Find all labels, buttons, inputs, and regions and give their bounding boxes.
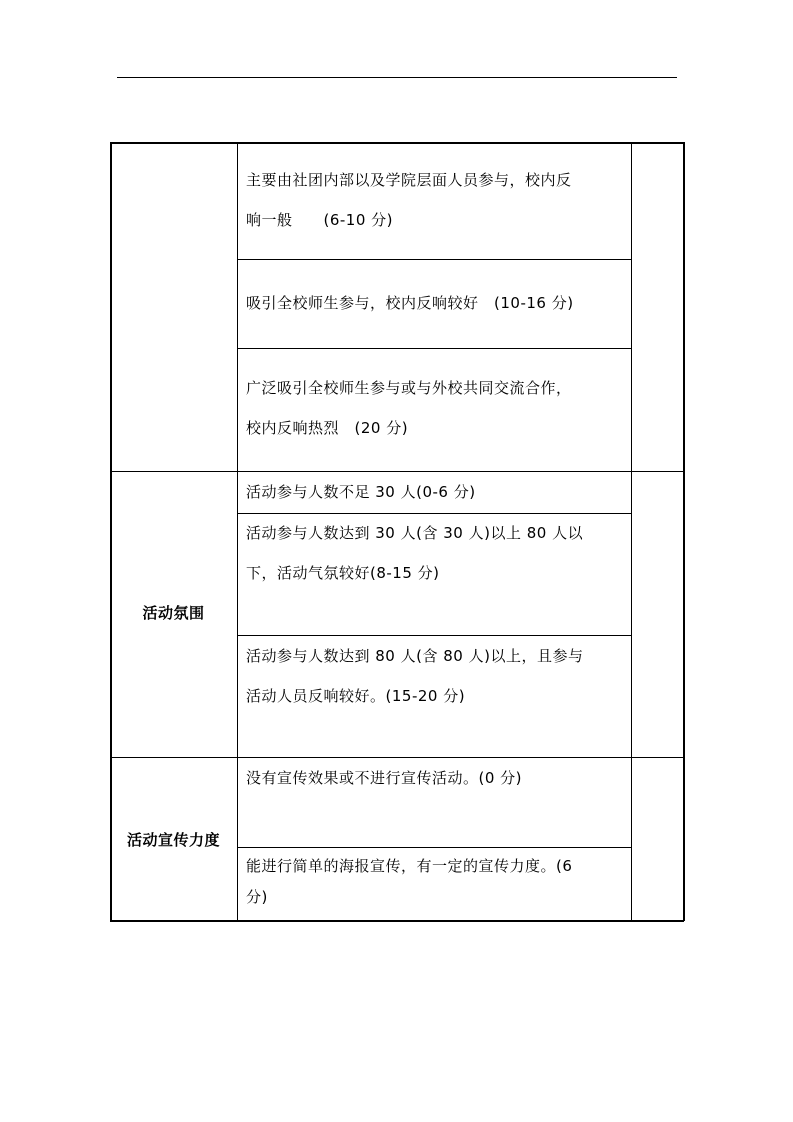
criteria-cell: 活动参与人数达到 80 人(含 80 人)以上，且参与 活动人员反响较好。(15… — [238, 636, 631, 716]
criteria-line: 活动人员反响较好。(15-20 分) — [246, 676, 623, 716]
criteria-line: 吸引全校师生参与，校内反响较好 (10-16 分) — [246, 283, 623, 323]
category-cell-empty — [110, 142, 237, 471]
score-cell[interactable] — [632, 758, 683, 920]
criteria-cell: 主要由社团内部以及学院层面人员参与，校内反 响一般 (6-10 分) — [238, 160, 631, 240]
scoring-table: 主要由社团内部以及学院层面人员参与，校内反 响一般 (6-10 分) 吸引全校师… — [110, 142, 684, 921]
category-label-promotion: 活动宣传力度 — [110, 828, 237, 852]
criteria-line: 活动参与人数达到 30 人(含 30 人)以上 80 人以 — [246, 513, 623, 553]
criteria-cell: 活动参与人数达到 30 人(含 30 人)以上 80 人以 下，活动气氛较好(8… — [238, 513, 631, 593]
criteria-line: 没有宣传效果或不进行宣传活动。(0 分) — [246, 758, 623, 798]
row-divider — [237, 348, 631, 349]
score-cell[interactable] — [632, 472, 683, 757]
criteria-line: 广泛吸引全校师生参与或与外校共同交流合作， — [246, 368, 623, 408]
criteria-cell: 没有宣传效果或不进行宣传活动。(0 分) — [238, 758, 631, 798]
criteria-line: 校内反响热烈 (20 分) — [246, 408, 623, 448]
score-cell[interactable] — [632, 142, 683, 471]
page-header-rule — [117, 77, 677, 78]
criteria-line: 活动参与人数不足 30 人(0-6 分) — [246, 472, 623, 512]
criteria-line: 主要由社团内部以及学院层面人员参与，校内反 — [246, 160, 623, 200]
criteria-cell: 广泛吸引全校师生参与或与外校共同交流合作， 校内反响热烈 (20 分) — [238, 368, 631, 448]
row-divider — [237, 259, 631, 260]
table-border-right — [683, 142, 685, 921]
criteria-cell: 活动参与人数不足 30 人(0-6 分) — [238, 472, 631, 512]
table-border-bottom — [110, 920, 684, 922]
criteria-line: 活动参与人数达到 80 人(含 80 人)以上，且参与 — [246, 636, 623, 676]
category-label-atmosphere: 活动氛围 — [110, 601, 237, 625]
criteria-cell: 吸引全校师生参与，校内反响较好 (10-16 分) — [238, 283, 631, 323]
criteria-line: 响一般 (6-10 分) — [246, 200, 623, 240]
criteria-cell: 能进行简单的海报宣传，有一定的宣传力度。(6 分) — [238, 848, 631, 916]
criteria-line: 下，活动气氛较好(8-15 分) — [246, 553, 623, 593]
criteria-line: 能进行简单的海报宣传，有一定的宣传力度。(6 — [246, 848, 623, 885]
